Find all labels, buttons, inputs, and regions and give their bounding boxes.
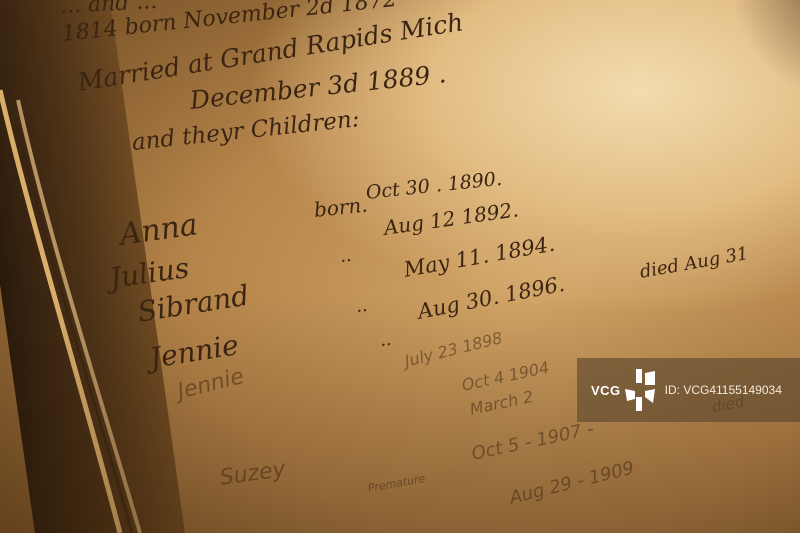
faint-entry-suzey: Suzey [218, 457, 287, 491]
child-date-julius: Aug 12 1892. [382, 197, 520, 240]
child-date-sibrand: May 11. 1894. [402, 232, 557, 282]
faint-entry-premature: Premature [367, 472, 426, 495]
header-line-children: and theyr Children: [131, 106, 361, 156]
vcg-logo: VCG [591, 367, 657, 413]
child-born-label-julius: .. [339, 245, 353, 267]
vcg-watermark: VCG ID: VCG41155149034 [577, 358, 800, 422]
faint-entry-jennie: Jennie [175, 364, 247, 405]
vcg-brand-text: VCG [591, 383, 621, 398]
child-born-label-anna: born. [313, 192, 369, 221]
vcg-burst-icon [623, 367, 657, 413]
page-corner-shadow [730, 0, 800, 100]
child-date-jennie: Aug 30. 1896. [416, 272, 567, 324]
faint-entry-july: July 23 1898 [403, 328, 505, 371]
faint-entry-oct: Oct 4 1904 [460, 358, 551, 395]
child-date-anna: Oct 30 . 1890. [365, 168, 503, 204]
child-died-jennie: died Aug 31 [638, 243, 750, 283]
faint-entry-oct-1907: Oct 5 - 1907 - [470, 418, 596, 464]
photo-scene: ... and ... 1814 born November 2d 1872 M… [0, 0, 800, 533]
child-born-label-jennie: .. [379, 329, 393, 351]
faint-entry-aug-1909: Aug 29 - 1909 [507, 457, 636, 508]
child-born-label-sibrand: .. [355, 295, 369, 317]
vcg-image-id: ID: VCG41155149034 [665, 383, 782, 397]
